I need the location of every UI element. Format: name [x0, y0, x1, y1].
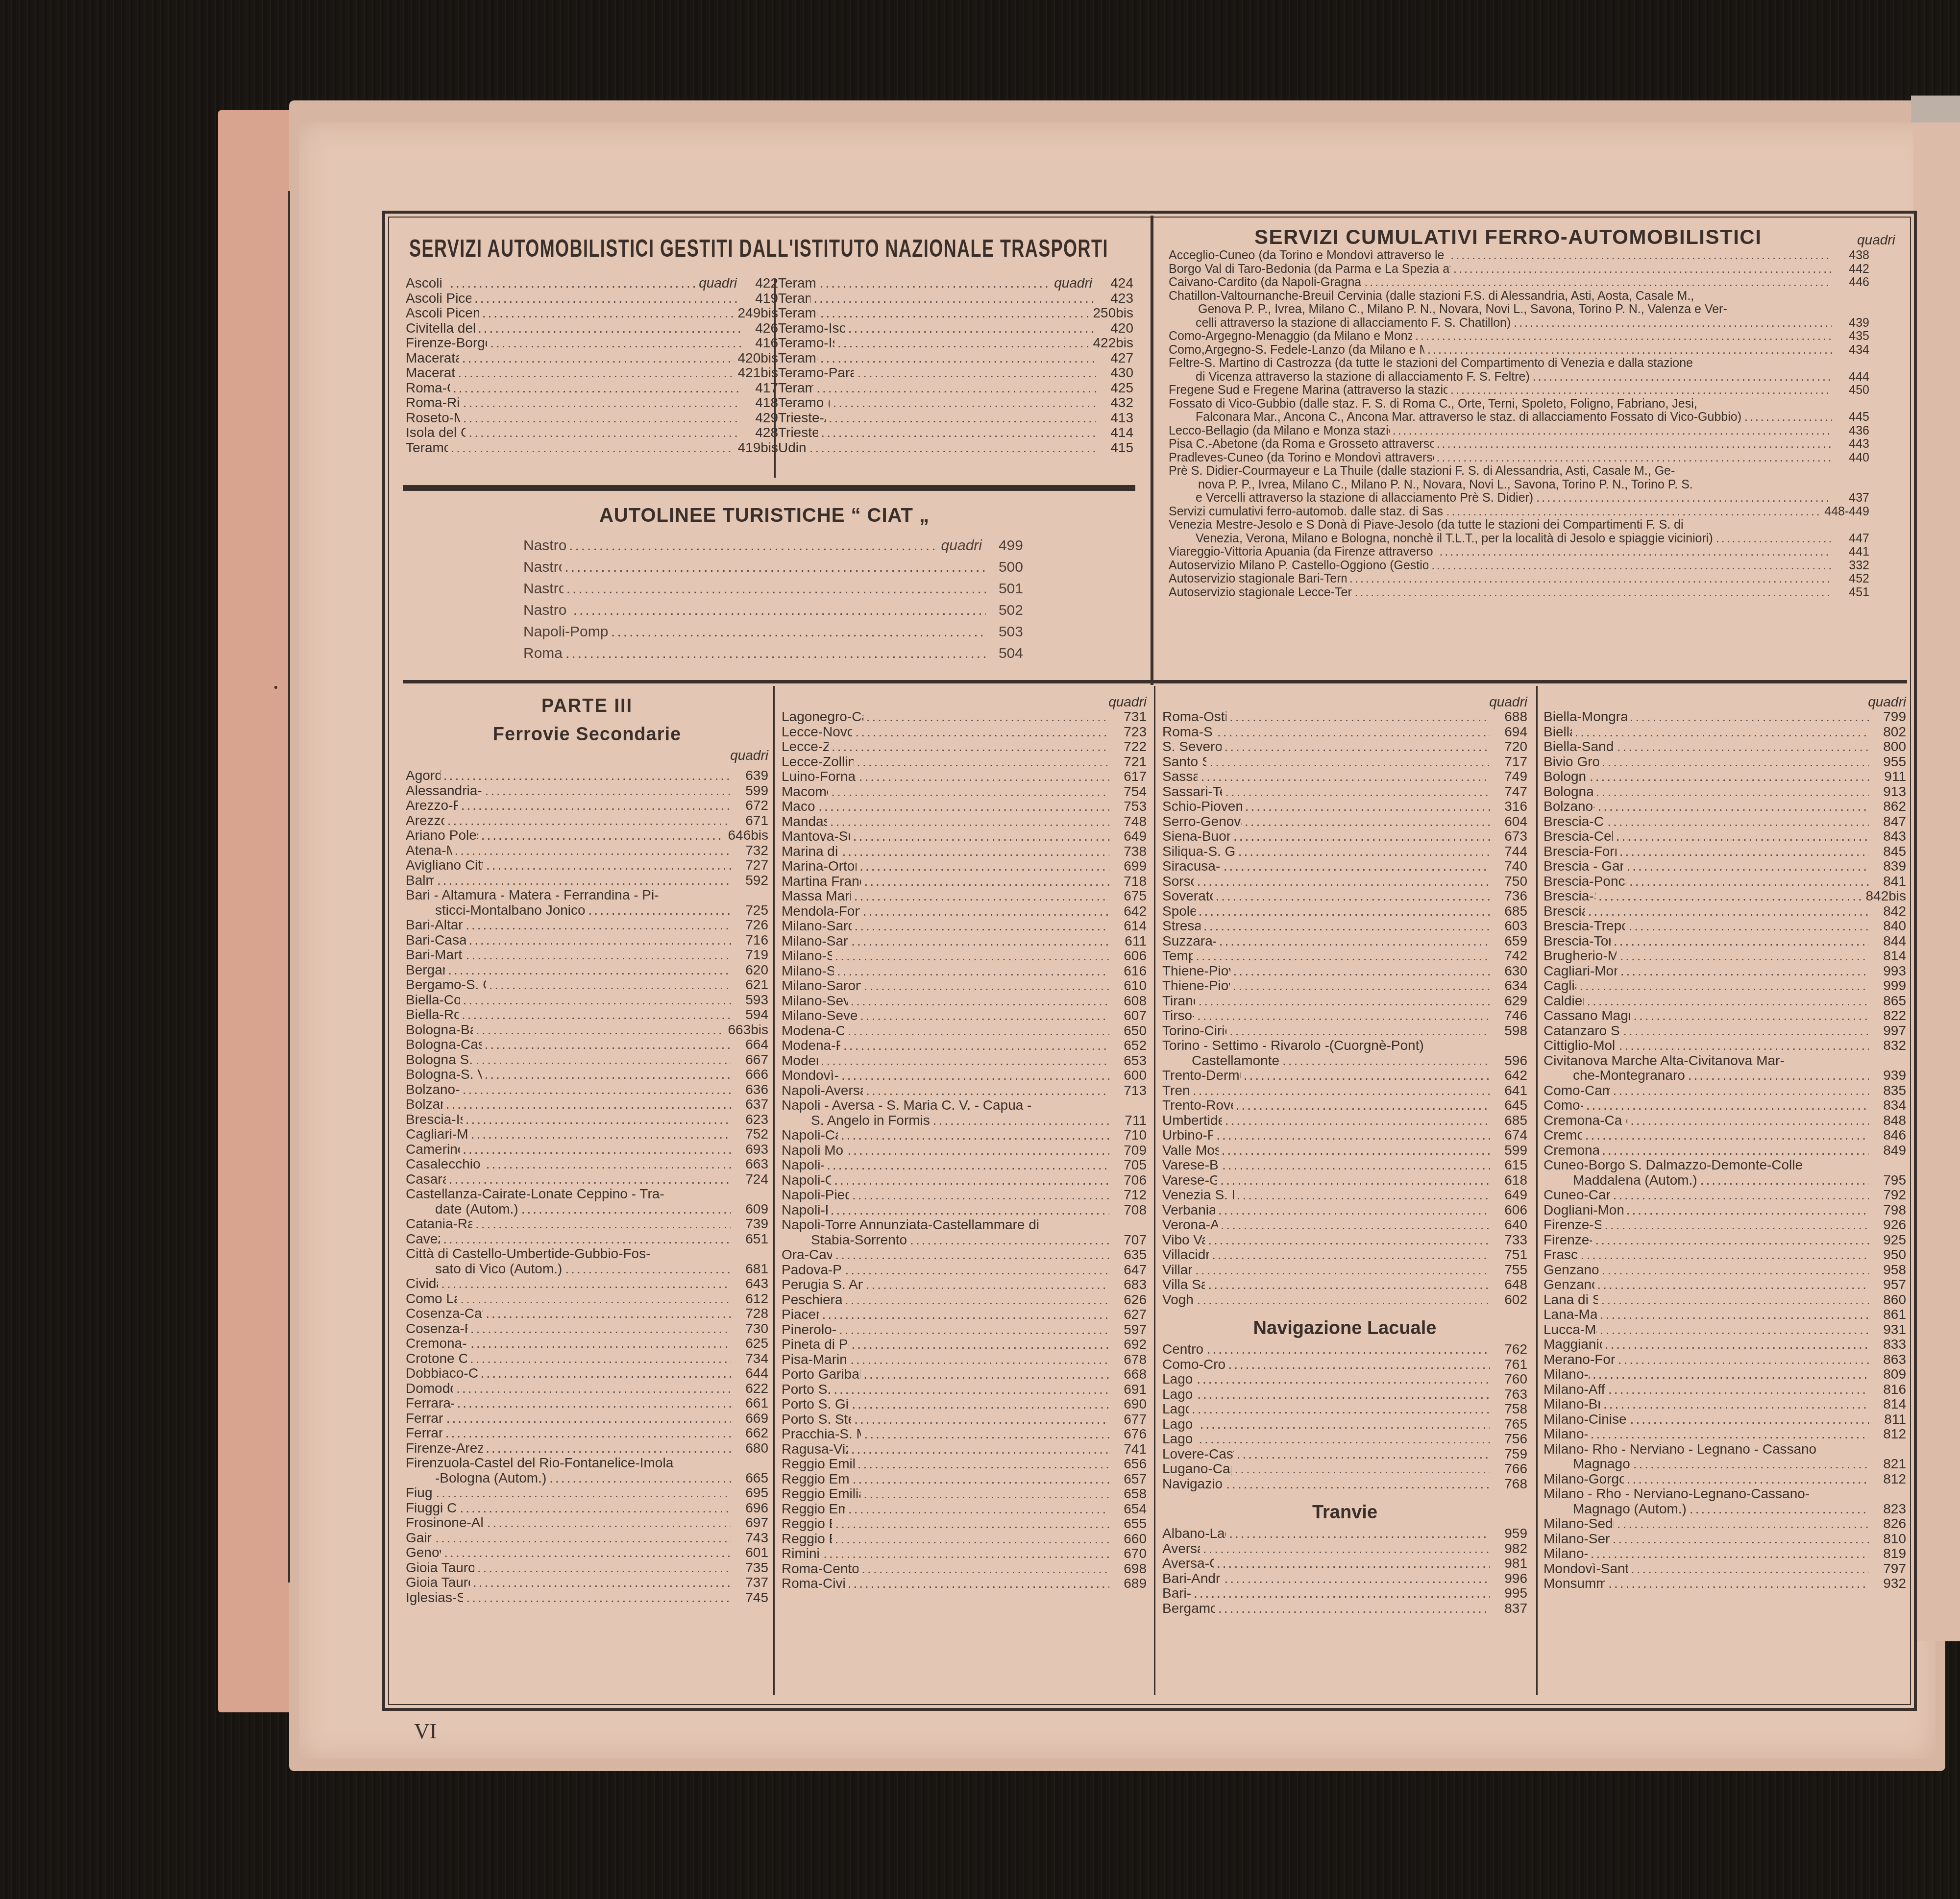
list-item: Piacenza-Bettola627 [782, 1307, 1147, 1322]
route-name: Pineta di Pescara-Pescara-Penne [782, 1337, 849, 1352]
leader-dots [1597, 799, 1869, 814]
table-number: 728 [734, 1306, 768, 1321]
list-item: Castellanza-Cairate-Lonate Ceppino - Tra… [406, 1187, 768, 1217]
leader-dots [1209, 755, 1490, 769]
route-name: Nastro azzurro [523, 535, 566, 557]
list-item: Soverato-Chiaravalle C.736 [1162, 889, 1527, 904]
list-item: Stresa-Mottarone603 [1162, 919, 1527, 934]
list-item: Balma-Biella592 [406, 873, 768, 888]
table-number: 732 [734, 843, 768, 858]
leader-dots [1601, 1292, 1869, 1307]
leader-dots [1602, 1143, 1869, 1158]
list-item: Chatillon-Valtournanche-Breuil Cervinia … [1169, 290, 1869, 330]
route-name: Urbino-Pergola (Autom.) [1162, 1128, 1213, 1143]
route-name: Nastro dei fiori [523, 600, 570, 621]
route-name: Pisa C.-Abetone (da Roma e Grosseto attr… [1169, 438, 1434, 451]
list-item: Roseto-Montorio Vomano429 [406, 411, 778, 426]
list-item: Torino - Settimo - Rivarolo -(Cuorgnè-Po… [1162, 1038, 1527, 1068]
route-name: Brescia-Fornaci-Castel Mella (Autom.) [1543, 844, 1617, 859]
table-number: 811 [1872, 1412, 1906, 1427]
leader-dots [1228, 1357, 1490, 1372]
list-item: Domodossola-Locarno622 [406, 1381, 768, 1396]
leader-dots [860, 1008, 1109, 1023]
leader-dots [1626, 1203, 1869, 1217]
table-number: 844 [1872, 934, 1906, 949]
leader-dots [864, 978, 1109, 993]
route-name: Bergamo-S. G. Bianco-S. Mart. de' Calvi … [406, 977, 486, 992]
leader-dots [1393, 424, 1832, 438]
list-item: Cittiglio-Molino d'Anna-Luino (Autom.)83… [1543, 1038, 1906, 1053]
table-number: 981 [1493, 1556, 1527, 1571]
table-number: 606 [1493, 1203, 1527, 1217]
leader-dots [489, 977, 731, 992]
ferrovie-col1: Agordo-Bribano639Alessandria-Frugarolo-N… [406, 768, 768, 1605]
table-number: 849 [1872, 1143, 1906, 1158]
list-item: Genzano-Nemi (Autom.)957 [1543, 1277, 1906, 1292]
table-number: 690 [1112, 1397, 1147, 1412]
leader-dots [564, 557, 986, 578]
route-name-line: Civitanova Marche Alta-Civitanova Mar- [1543, 1053, 1906, 1069]
list-item: Monsummano-Pescia (Autom.)932 [1543, 1576, 1906, 1591]
list-item: Fossato di Vico-Gubbio (dalle staz. F. S… [1169, 397, 1869, 424]
list-item: Rimini-Novafeltria670 [782, 1546, 1147, 1561]
leader-dots [1617, 1516, 1869, 1531]
table-number: 643 [734, 1276, 768, 1291]
table-number: 627 [1112, 1307, 1147, 1322]
route-name: Como-Camerlata-Appiano Gentile [1543, 1083, 1610, 1098]
table-number: 419 [744, 291, 778, 306]
list-item: Firenze-S. Donnino (Autom.)926 [1543, 1217, 1906, 1233]
route-name: Milano-Saronno-Varese-Laveno Mombello [782, 978, 861, 993]
list-item: Pineta di Pescara-Pescara-Penne692 [782, 1337, 1147, 1352]
leader-dots [832, 739, 1109, 754]
leader-dots [1514, 316, 1832, 330]
list-item: Dogliani-Monchiero-Dogliani staz. (Autom… [1543, 1203, 1906, 1218]
route-name: Biella-Oropa [1543, 725, 1572, 739]
list-item: Firenze-Sesto (Autom.)925 [1543, 1233, 1906, 1248]
list-item: Udine-Grado415 [778, 440, 1133, 456]
table-number: 913 [1872, 784, 1906, 799]
list-item: Avigliano Città-Potenza Città-Laurenzana… [406, 858, 768, 873]
leader-dots [1591, 1546, 1869, 1561]
leader-dots [1237, 1188, 1490, 1202]
list-item: Napoli-Aversa-S. Maria Capua Vetere (Aut… [782, 1083, 1147, 1098]
list-item: Como,Argegno-S. Fedele-Lanzo (da Milano … [1169, 343, 1869, 357]
route-name: Roma-Ostia-Lido Castel Fusano [1162, 709, 1226, 724]
route-name: Trieste-Albaro Vescovà [778, 411, 826, 425]
list-item: Brescia-Travagliato842 [1543, 904, 1906, 919]
route-name: Bergamo-Albino (Autom.) [1162, 1601, 1215, 1616]
table-number: 753 [1112, 799, 1147, 814]
route-name: Milano-Affori-Varedo-Mombello [1543, 1382, 1605, 1397]
list-item: Luino-Fornasette-Cremenaga (Autom.)617 [782, 769, 1147, 784]
list-item: Autoservizio stagionale Bari-Terme di To… [1169, 572, 1869, 586]
list-item: Teramo-Bisenti423 [778, 291, 1133, 306]
leader-dots [816, 381, 1096, 395]
leader-dots [823, 1546, 1109, 1561]
leader-dots [833, 395, 1096, 410]
route-name: Santo Spirito-Bitonto [1162, 755, 1206, 769]
leader-dots [1355, 586, 1832, 599]
leader-dots [827, 1158, 1109, 1172]
route-name-continuation: Castellamonte596 [1162, 1053, 1527, 1069]
leader-dots [1575, 725, 1869, 739]
route-name: Firenze-S. Donnino (Autom.) [1543, 1217, 1601, 1232]
table-number: 709 [1112, 1143, 1147, 1158]
route-name: Frascati-Velletri [1543, 1247, 1578, 1262]
leader-dots [1427, 343, 1832, 357]
leader-dots [465, 1112, 731, 1127]
route-name: Roma-Centocelle-Grotte Celoni (Autom.) [782, 1561, 858, 1576]
route-name: Ascoli Piceno-S. Benedetto del Tronto [406, 306, 479, 320]
table-number: 661 [734, 1396, 768, 1411]
table-number: 756 [1493, 1432, 1527, 1446]
table-number: 692 [1112, 1337, 1147, 1352]
table-number: 442 [1835, 263, 1869, 276]
list-item: Caldiero-Tregnago865 [1543, 994, 1906, 1009]
leader-dots [1222, 1143, 1490, 1158]
leader-dots [820, 276, 1051, 291]
leader-dots [1630, 1412, 1869, 1427]
route-name-line: -Bologna (Autom.) [435, 1471, 546, 1486]
list-item: Ora-Cavalese-Predazzo635 [782, 1247, 1147, 1263]
route-name: Trieste-Capodistria [778, 425, 818, 440]
table-number: 982 [1493, 1541, 1527, 1556]
route-name: Porto S. Giorgio-Fermo [782, 1382, 831, 1397]
route-name: Napoli-Pompei-Sarno [782, 1203, 828, 1217]
route-name: Bologna-Castel S. Pietro-Imola (Autom.) [406, 1037, 482, 1052]
leader-dots [565, 643, 986, 664]
leader-dots [831, 784, 1109, 799]
leader-dots [1617, 739, 1869, 754]
table-number: 754 [1112, 784, 1147, 799]
list-item: Mantova-Suzzara-Sermide-Ferrara649 [782, 829, 1147, 844]
route-name: Nastro rosa [523, 557, 562, 578]
route-name: Teramo-Isola del Gr. Sasso-Castelli [778, 321, 845, 336]
route-name: Reggio Emilia-Barco-Montecchio (Autom.) [782, 1486, 860, 1501]
list-item: Nastro rosa500 [523, 557, 1023, 578]
table-number: 747 [1493, 784, 1527, 799]
list-item: Genova-Casella601 [406, 1545, 768, 1560]
leader-dots [1630, 709, 1869, 724]
table-number: 847 [1872, 814, 1906, 829]
leader-dots [485, 1037, 731, 1052]
list-item: Mondovì-Santuario-(Vicoforte)-S.Michele(… [1543, 1561, 1906, 1577]
list-item: Frosinone-Alatri-Guarcino-Fiuggi (Autom.… [406, 1515, 768, 1531]
list-item: Trieste-Albaro Vescovà413 [778, 411, 1133, 426]
list-item: Teramo-Isola del Gr. Sasso-Castelli420 [778, 321, 1133, 336]
list-item: Milano- Rho - Nerviano - Legnano - Cassa… [1543, 1442, 1906, 1472]
leader-dots [859, 769, 1109, 784]
route-name: Civitella del Tronto-Castel di Lama [406, 321, 475, 336]
route-name: Catanzaro Sala-Catanzaro Piazza Roma [1543, 1023, 1620, 1038]
table-number: 750 [1493, 874, 1527, 889]
list-item: Varese-Bettole-Ghirla-Luino615 [1162, 1158, 1527, 1173]
list-item: Viareggio-Vittoria Apuania (da Firenze a… [1169, 545, 1869, 559]
leader-dots [820, 351, 1096, 365]
leader-dots [470, 1336, 731, 1351]
route-name: Lana-Maia Bassa-Merano [1543, 1307, 1597, 1322]
table-number: 654 [1112, 1502, 1147, 1516]
leader-dots [1200, 1417, 1490, 1432]
table-number: 926 [1872, 1217, 1906, 1232]
route-name: Genzano-Lanuvio (Autom.) [1543, 1263, 1599, 1277]
leader-dots [1716, 532, 1832, 546]
leader-dots [1586, 1098, 1869, 1113]
quadri-header: quadri [782, 695, 1147, 709]
leader-dots [1626, 859, 1869, 874]
list-item: Bolzano-Caldaro-Mendola636 [406, 1082, 768, 1097]
list-item: Città di Castello-Umbertide-Gubbio-Fos-s… [406, 1246, 768, 1276]
route-name: Arezzo-Sinalunga [406, 813, 444, 828]
table-number: 812 [1872, 1472, 1906, 1486]
list-item: Firenze-Borgo S. Lorenzo-Marradi-Faenza4… [406, 336, 778, 351]
leader-dots [1233, 829, 1490, 844]
leader-dots [1598, 889, 1863, 903]
table-number: 423 [1099, 291, 1133, 306]
table-number: 597 [1112, 1322, 1147, 1337]
table-number: 834 [1872, 1098, 1906, 1113]
leader-dots [475, 1217, 731, 1231]
table-number: 694 [1493, 725, 1527, 739]
list-item: Fiuggi-Alatri695 [406, 1485, 768, 1501]
table-number: 816 [1872, 1382, 1906, 1397]
table-number: 725 [734, 903, 768, 918]
route-name-line: Maddalena (Autom.) [1573, 1173, 1697, 1188]
list-item: Sassari-Tempio-Palau Marina747 [1162, 784, 1527, 800]
route-name-line: celli attraverso la stazione di allaccia… [1196, 316, 1511, 330]
list-item: Lecce-Novoli-Nardò-Gagliano Leuca723 [782, 725, 1147, 740]
table-number: 425 [1099, 381, 1133, 395]
route-name: Porto Garibaldi-Ostellato-Ferrara (Autom… [782, 1367, 860, 1382]
list-item: Reggio Emilia-Bagnolo in Piano-Carpi656 [782, 1457, 1147, 1472]
list-item: Casalecchio di Reno-Savignano Comune663 [406, 1157, 768, 1172]
route-name: Thiene-Piovene-Rocchette-Asiago [1162, 978, 1230, 993]
list-item: Cividale-Udine643 [406, 1276, 768, 1291]
route-name: Autoservizio Milano P. Castello-Oggiono … [1169, 559, 1428, 572]
table-number: 415 [1099, 440, 1133, 455]
leader-dots [1581, 1247, 1869, 1262]
list-item: Napoli-Pompei-Sarno708 [782, 1203, 1147, 1218]
leader-dots [848, 1576, 1109, 1591]
column-divider [773, 686, 775, 1695]
leader-dots [463, 395, 741, 410]
leader-dots [1193, 1083, 1490, 1098]
table-number: 612 [734, 1291, 768, 1306]
leader-dots [841, 1068, 1109, 1083]
leader-dots [1194, 1586, 1490, 1601]
leader-dots [450, 276, 696, 291]
route-name: Firenze-Sesto (Autom.) [1543, 1233, 1592, 1247]
table-number: 419bis [737, 440, 778, 455]
list-item: Cremona-Soncino-Rovato-Iseo625 [406, 1336, 768, 1351]
list-item: Ascoli Piceno-Anconaquadri422 [406, 276, 778, 291]
leader-dots [863, 1367, 1109, 1382]
route-name-continuation: -Bologna (Autom.)665 [406, 1471, 768, 1486]
list-item: Santo Spirito-Bitonto717 [1162, 755, 1527, 770]
table-number: 999 [1872, 978, 1906, 993]
table-number: 698 [1112, 1561, 1147, 1576]
leader-dots [1218, 1601, 1490, 1616]
list-item: Milano-Saronno (Servizio completo)614 [782, 919, 1147, 934]
page-number: VI [414, 1719, 437, 1744]
table-number: 802 [1872, 725, 1906, 739]
table-number: 765 [1493, 1417, 1527, 1432]
route-name: Varese-Ghirla-Ponte Tresa [1162, 1173, 1217, 1188]
list-item: Ferrara-Cento-Modena661 [406, 1396, 768, 1411]
route-name: Martina Franca-Francavilla Fontana-Lecce [782, 874, 861, 889]
leader-dots [1245, 799, 1490, 814]
leader-dots [1192, 1402, 1490, 1416]
leader-dots [857, 1457, 1109, 1471]
route-name: Ariano Polesine-Adria-Rovigo (Autom.) [406, 828, 478, 843]
leader-dots [465, 918, 731, 932]
leader-dots [521, 1202, 731, 1217]
list-item: Milano-Seveso-(Camnago)-Meda608 [782, 994, 1147, 1009]
route-name-continuation: celli attraverso la stazione di allaccia… [1169, 316, 1869, 330]
list-item: Mendola-Fondo-Dermulo-Trento (Autom.)642 [782, 904, 1147, 919]
route-name: Firenze-Borgo S. Lorenzo-Marradi-Faenza [406, 336, 487, 350]
quadri-label: quadri [699, 276, 737, 291]
list-item: Roma-Campobasso417 [406, 381, 778, 396]
leader-dots [834, 1173, 1109, 1188]
table-number: 421bis [737, 365, 778, 380]
leader-dots [1229, 709, 1490, 724]
list-item: Teramo-Giulianova250bis [778, 306, 1133, 321]
list-item: Lovere-Castro-Pisogne (Lago d'Iseo)759 [1162, 1447, 1527, 1462]
route-name-line: Venezia, Verona, Milano e Bologna, nonch… [1196, 532, 1713, 546]
list-item: Porto S. Stefano-Orbetello (Autom.)677 [782, 1412, 1147, 1427]
route-name: Bolzano-Laives (Autom.) [1543, 799, 1594, 814]
list-item: Catanzaro Sala-Catanzaro Piazza Roma997 [1543, 1023, 1906, 1039]
table-number: 416 [744, 336, 778, 350]
route-name: Dogliani-Monchiero-Dogliani staz. (Autom… [1543, 1203, 1623, 1217]
list-item: Milano-Seregno-Carate-Giussano810 [1543, 1532, 1906, 1547]
list-item: Lagonegro-Castrovillari-Spezzano Albanes… [782, 709, 1147, 725]
table-number: 741 [1112, 1442, 1147, 1457]
list-item: Trento-Dermulo-Fondo-Mendola (Autom.)642 [1162, 1068, 1527, 1083]
list-item: Siracusa-Palazzolo Buscemi740 [1162, 859, 1527, 874]
route-name-line: che-Montegranaro [1573, 1068, 1685, 1083]
leader-dots [1203, 1541, 1490, 1556]
leader-dots [1600, 1307, 1869, 1322]
list-item: Cassano Magnago-Gallarate-Lonate Pozz.(A… [1543, 1008, 1906, 1023]
list-item: Albano-Lago di Albano (Autom.)959 [1162, 1526, 1527, 1541]
route-name: Milano-Seveso-Meda-Erba-Canzo Asso [782, 1008, 857, 1023]
table-number: 706 [1112, 1173, 1147, 1188]
leader-dots [1225, 784, 1490, 799]
table-number: 649 [1493, 1188, 1527, 1202]
list-item: Genzano-Lanuvio (Autom.)958 [1543, 1263, 1906, 1278]
list-item: Milano-Abbiategrasso809 [1543, 1367, 1906, 1382]
list-item: Brescia-Cellatica-Gussago (Autom.)843 [1543, 829, 1906, 844]
list-item: Bologna-Malalbergo911 [1543, 769, 1906, 784]
route-name: Soverato-Chiaravalle C. [1162, 889, 1213, 903]
table-number: 738 [1112, 844, 1147, 859]
route-name: Como,Argegno-S. Fedele-Lanzo (da Milano … [1169, 343, 1424, 357]
route-name: Domodossola-Locarno [406, 1381, 453, 1396]
table-number: 615 [1493, 1158, 1527, 1172]
table-number: 713 [1112, 1083, 1147, 1098]
table-number: 737 [734, 1575, 768, 1590]
route-name: Fiuggi Città-Fiuggi Fonte [406, 1501, 457, 1515]
table-number: 640 [1493, 1217, 1527, 1232]
table-number: 620 [734, 963, 768, 977]
list-item: Aversa-Albanova982 [1162, 1541, 1527, 1557]
route-name: Massa Marittima-Follonica (Autom.) [782, 889, 851, 903]
leader-dots [446, 1411, 731, 1426]
list-item: Borgo Val di Taro-Bedonia (da Parma e La… [1169, 263, 1869, 276]
list-item: Padova-Piazzola-Carmignano647 [782, 1263, 1147, 1278]
list-item: Cagliari-Mandas-Gairo-Arbatax752 [406, 1127, 768, 1142]
leader-dots [1437, 451, 1832, 464]
route-name: Bergamo-Clusone [406, 963, 445, 977]
route-name: Como-Argegno-Menaggio (da Milano e Monza… [1169, 330, 1412, 343]
list-item: Cremona-Ca de'Soresini-Casalmaggiore (Au… [1543, 1113, 1906, 1128]
list-item: Merano-Foresta di Marniga-Maia Alta863 [1543, 1352, 1906, 1367]
route-name: Milano-Sesto-Monza [1543, 1546, 1588, 1561]
route-name: Iglesias-S. Giovanni Suergiu [406, 1590, 463, 1605]
leader-dots [476, 1052, 731, 1067]
table-number: 665 [734, 1471, 768, 1486]
leader-dots [1236, 1098, 1490, 1113]
table-number: 735 [734, 1560, 768, 1575]
table-number: 911 [1872, 769, 1906, 784]
route-name: Sassari-Tempio-Palau Marina [1162, 784, 1222, 799]
list-item: Milano-Saronno-Seregno616 [782, 964, 1147, 979]
list-item: Frascati-Velletri950 [1543, 1247, 1906, 1263]
leader-dots [1229, 1023, 1490, 1038]
leader-dots [1225, 739, 1491, 754]
route-name: Cagliari-Monserrato-Quartu Sant'Elena [1543, 964, 1617, 978]
list-item: Reggio Emilia-Barco-Ciano d'Enza657 [782, 1472, 1147, 1487]
route-name: Biella-Cossato-Masserano [406, 993, 460, 1007]
route-name: Macerata-Portocivitanova [406, 351, 459, 365]
list-item: Sorso-Sassari750 [1162, 874, 1527, 889]
list-item: Biella-Mongrando e Biella-Camburzano (Au… [1543, 709, 1906, 725]
table-number: 667 [734, 1052, 768, 1067]
route-name: Teramo-Giulianova [778, 306, 817, 320]
route-name-line: nova P. P., Ivrea, Milano C., Milano P. … [1169, 478, 1869, 492]
table-number: 424 [1099, 276, 1133, 291]
route-name: Cosenza-Pedace-Camigliatello [406, 1321, 467, 1336]
table-number: 705 [1112, 1158, 1147, 1172]
leader-dots [821, 1053, 1109, 1068]
list-item: Aversa-Casal di Principe981 [1162, 1556, 1527, 1571]
list-item: Cosenza-Pedace-Camigliatello730 [406, 1321, 768, 1337]
route-name: Brescia-Treponti-Salò-Toscolano - Gargna… [1543, 919, 1625, 933]
table-number: 716 [734, 933, 768, 948]
route-name: Lago di Garda [1162, 1387, 1194, 1402]
route-name: Mandas-Isili-Sorgono [782, 814, 827, 829]
route-name: Modena-Vignola [782, 1053, 818, 1068]
route-name: Cavezzo-Finale [406, 1232, 440, 1246]
list-item: Milano - Rho - Nerviano-Legnano-Cassano-… [1543, 1486, 1906, 1516]
leader-dots [1607, 814, 1869, 829]
table-number: 673 [1493, 829, 1527, 844]
table-number: 671 [734, 813, 768, 828]
leader-dots [456, 1381, 731, 1396]
list-item: Brescia-Fornaci-Castel Mella (Autom.)845 [1543, 844, 1906, 859]
list-item: Teramo-Ascoli Picenoquadri424 [778, 276, 1133, 291]
list-item: Teramo-Pescara425 [778, 381, 1133, 396]
table-number: 601 [734, 1545, 768, 1560]
main-horizontal-rule [403, 680, 1907, 683]
list-item: Marina-Ortona-Lanciano-Marina S. Vito699 [782, 859, 1147, 874]
table-number: 598 [1493, 1023, 1527, 1038]
table-number: 663bis [728, 1023, 768, 1037]
table-number: 932 [1872, 1576, 1906, 1591]
